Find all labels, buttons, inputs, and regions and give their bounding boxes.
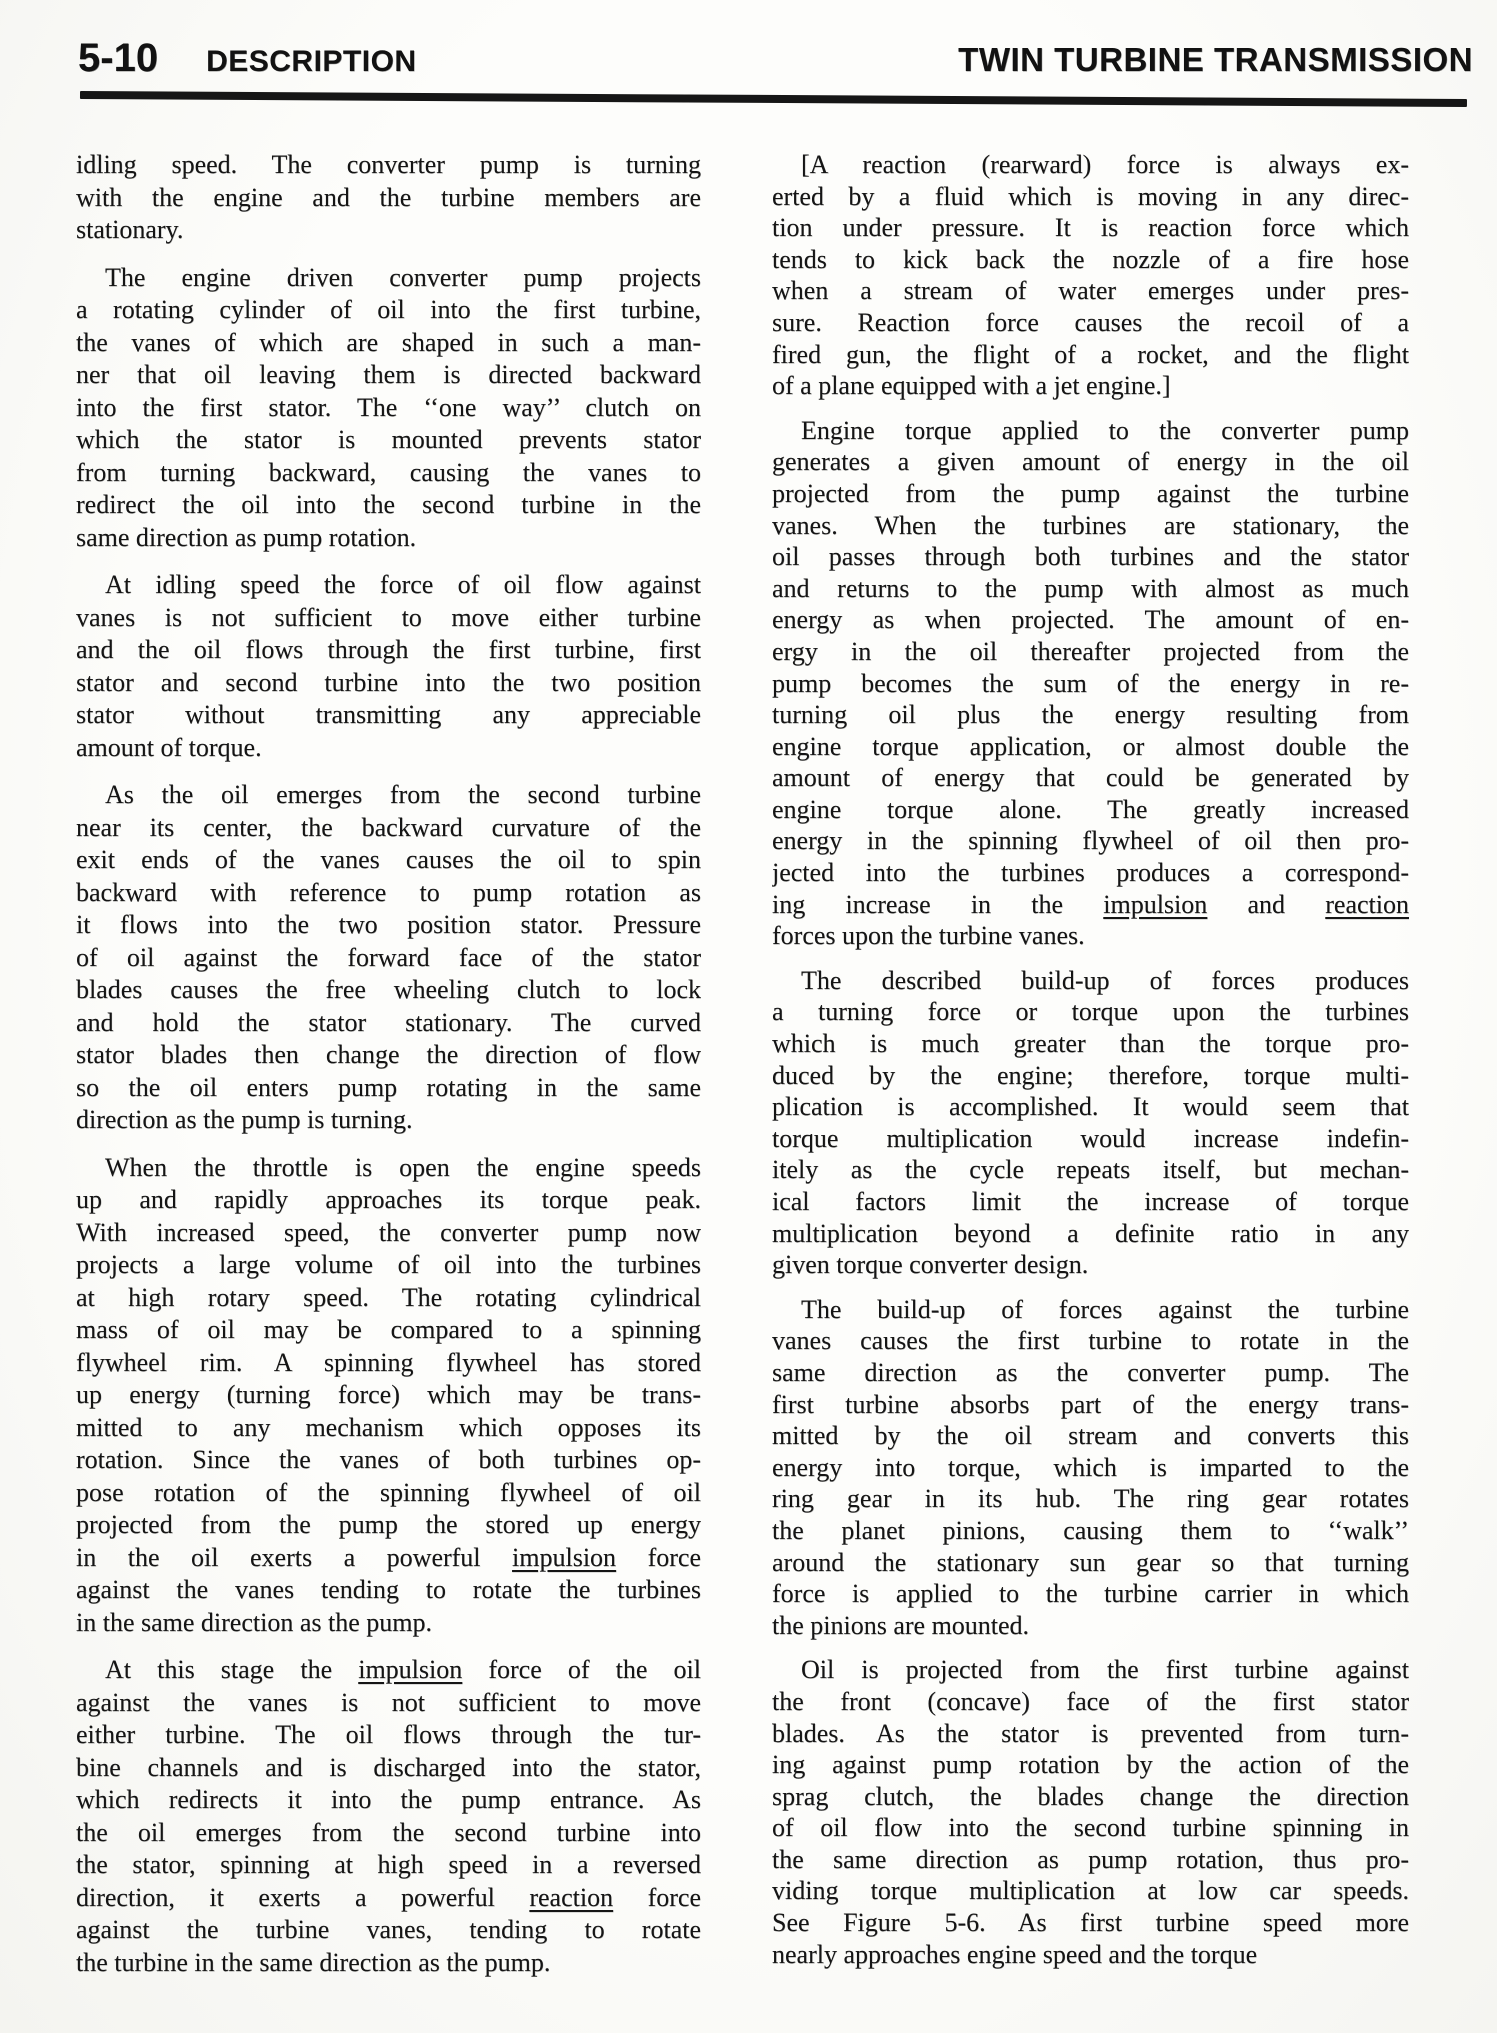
text-line: vanes. When the turbines are stationary,… [772, 510, 1409, 542]
text-line: stationary. [76, 214, 701, 247]
text-line: blades. As the stator is prevented from … [772, 1718, 1409, 1750]
text-line: forces upon the turbine vanes. [772, 920, 1409, 952]
text-line: from turning backward, causing the vanes… [76, 457, 701, 490]
text-line: See Figure 5-6. As first turbine speed m… [772, 1907, 1409, 1939]
text-line: direction, it exerts a powerful reaction… [76, 1882, 701, 1915]
text-line: either turbine. The oil flows through th… [76, 1719, 701, 1752]
text-line: of a plane equipped with a jet engine.] [772, 370, 1409, 402]
text-line: stator blades then change the direction … [76, 1039, 701, 1072]
underlined-term: impulsion [512, 1543, 616, 1572]
text-line: tends to kick back the nozzle of a fire … [772, 244, 1409, 276]
text-line: At this stage the impulsion force of the… [76, 1654, 701, 1687]
text-line: As the oil emerges from the second turbi… [76, 779, 701, 812]
paragraph: At idling speed the force of oil flow ag… [76, 569, 701, 764]
left-column: idling speed. The converter pump is turn… [76, 149, 701, 1979]
header-divider [80, 91, 1467, 107]
text-line: erted by a fluid which is moving in any … [772, 181, 1409, 213]
paragraph: When the throttle is open the engine spe… [76, 1152, 701, 1640]
text-line: projects a large volume of oil into the … [76, 1249, 701, 1282]
text-line: oil passes through both turbines and the… [772, 541, 1409, 573]
paragraph: As the oil emerges from the second turbi… [76, 779, 701, 1137]
text-line: mitted to any mechanism which opposes it… [76, 1412, 701, 1445]
text-line: ical factors limit the increase of torqu… [772, 1186, 1409, 1218]
text-line: duced by the engine; therefore, torque m… [772, 1060, 1409, 1092]
page-header: 5-10 DESCRIPTION TWIN TURBINE TRANSMISSI… [0, 0, 1497, 81]
text-line: The build-up of forces against the turbi… [772, 1294, 1409, 1326]
text-line: turning oil plus the energy resulting fr… [772, 699, 1409, 731]
text-line: engine torque alone. The greatly increas… [772, 794, 1409, 826]
text-line: the vanes of which are shaped in such a … [76, 327, 701, 360]
text-line: which the stator is mounted prevents sta… [76, 424, 701, 457]
text-line: itely as the cycle repeats itself, but m… [772, 1154, 1409, 1186]
right-column: [A reaction (rearward) force is always e… [772, 149, 1409, 1979]
paragraph: The described build-up of forces produce… [772, 965, 1409, 1281]
text-line: energy in the spinning flywheel of oil t… [772, 825, 1409, 857]
text-line: Engine torque applied to the converter p… [772, 415, 1409, 447]
text-line: energy as when projected. The amount of … [772, 604, 1409, 636]
text-line: it flows into the two position stator. P… [76, 909, 701, 942]
text-line: rotation. Since the vanes of both turbin… [76, 1444, 701, 1477]
underlined-term: reaction [529, 1883, 613, 1912]
page-number: 5-10 [78, 36, 158, 81]
chapter-title: TWIN TURBINE TRANSMISSION [958, 41, 1473, 79]
text-line: the same direction as pump rotation, thu… [772, 1844, 1409, 1876]
text-line: the turbine in the same direction as the… [76, 1947, 701, 1980]
text-line: ing against pump rotation by the action … [772, 1749, 1409, 1781]
text-line: same direction as pump rotation. [76, 522, 701, 555]
text-line: a turning force or torque upon the turbi… [772, 996, 1409, 1028]
text-line: pose rotation of the spinning flywheel o… [76, 1477, 701, 1510]
text-line: viding torque multiplication at low car … [772, 1875, 1409, 1907]
text-line: idling speed. The converter pump is turn… [76, 149, 701, 182]
text-line: in the oil exerts a powerful impulsion f… [76, 1542, 701, 1575]
text-line: ergy in the oil thereafter projected fro… [772, 636, 1409, 668]
text-line: of oil against the forward face of the s… [76, 942, 701, 975]
text-line: projected from the pump against the turb… [772, 478, 1409, 510]
text-line: projected from the pump the stored up en… [76, 1509, 701, 1542]
underlined-term: impulsion [358, 1655, 462, 1684]
text-line: up and rapidly approaches its torque pea… [76, 1184, 701, 1217]
text-line: amount of energy that could be generated… [772, 762, 1409, 794]
paragraph: The build-up of forces against the turbi… [772, 1294, 1409, 1642]
text-line: backward with reference to pump rotation… [76, 877, 701, 910]
text-line: torque multiplication would increase ind… [772, 1123, 1409, 1155]
text-line: the front (concave) face of the first st… [772, 1686, 1409, 1718]
text-line: With increased speed, the converter pump… [76, 1217, 701, 1250]
text-line: engine torque application, or almost dou… [772, 731, 1409, 763]
text-line: sprag clutch, the blades change the dire… [772, 1781, 1409, 1813]
text-line: jected into the turbines produces a corr… [772, 857, 1409, 889]
paragraph: The engine driven converter pump project… [76, 262, 701, 555]
text-line: Oil is projected from the first turbine … [772, 1654, 1409, 1686]
text-line: The engine driven converter pump project… [76, 262, 701, 295]
text-line: around the stationary sun gear so that t… [772, 1547, 1409, 1579]
text-line: sure. Reaction force causes the recoil o… [772, 307, 1409, 339]
text-line: with the engine and the turbine members … [76, 182, 701, 215]
text-columns: idling speed. The converter pump is turn… [76, 149, 1497, 1979]
text-line: fired gun, the flight of a rocket, and t… [772, 339, 1409, 371]
text-line: the oil emerges from the second turbine … [76, 1817, 701, 1850]
text-line: bine channels and is discharged into the… [76, 1752, 701, 1785]
text-line: against the turbine vanes, tending to ro… [76, 1914, 701, 1947]
text-line: in the same direction as the pump. [76, 1607, 701, 1640]
text-line: ring gear in its hub. The ring gear rota… [772, 1483, 1409, 1515]
text-line: which redirects it into the pump entranc… [76, 1784, 701, 1817]
text-line: amount of torque. [76, 732, 701, 765]
text-line: energy into torque, which is imparted to… [772, 1452, 1409, 1484]
underlined-term: impulsion [1103, 890, 1207, 919]
text-line: given torque converter design. [772, 1249, 1409, 1281]
text-line: mass of oil may be compared to a spinnin… [76, 1314, 701, 1347]
paragraph: Oil is projected from the first turbine … [772, 1654, 1409, 1970]
text-line: generates a given amount of energy in th… [772, 446, 1409, 478]
text-line: the planet pinions, causing them to ‘‘wa… [772, 1515, 1409, 1547]
text-line: when a stream of water emerges under pre… [772, 275, 1409, 307]
text-line: mitted by the oil stream and converts th… [772, 1420, 1409, 1452]
text-line: and returns to the pump with almost as m… [772, 573, 1409, 605]
text-line: vanes is not sufficient to move either t… [76, 602, 701, 635]
text-line: which is much greater than the torque pr… [772, 1028, 1409, 1060]
text-line: multiplication beyond a definite ratio i… [772, 1218, 1409, 1250]
text-line: and the oil flows through the first turb… [76, 634, 701, 667]
text-line: ing increase in the impulsion and reacti… [772, 889, 1409, 921]
text-line: a rotating cylinder of oil into the firs… [76, 294, 701, 327]
text-line: At idling speed the force of oil flow ag… [76, 569, 701, 602]
paragraph: Engine torque applied to the converter p… [772, 415, 1409, 952]
text-line: at high rotary speed. The rotating cylin… [76, 1282, 701, 1315]
header-left-group: 5-10 DESCRIPTION [78, 36, 417, 81]
text-line: up energy (turning force) which may be t… [76, 1379, 701, 1412]
text-line: ner that oil leaving them is directed ba… [76, 359, 701, 392]
text-line: the pinions are mounted. [772, 1610, 1409, 1642]
paragraph: [A reaction (rearward) force is always e… [772, 149, 1409, 402]
section-title: DESCRIPTION [206, 45, 417, 79]
text-line: nearly approaches engine speed and the t… [772, 1939, 1409, 1971]
text-line: stator and second turbine into the two p… [76, 667, 701, 700]
text-line: of oil flow into the second turbine spin… [772, 1812, 1409, 1844]
text-line: direction as the pump is turning. [76, 1104, 701, 1137]
text-line: near its center, the backward curvature … [76, 812, 701, 845]
text-line: the stator, spinning at high speed in a … [76, 1849, 701, 1882]
text-line: vanes causes the first turbine to rotate… [772, 1325, 1409, 1357]
text-line: tion under pressure. It is reaction forc… [772, 212, 1409, 244]
text-line: pump becomes the sum of the energy in re… [772, 668, 1409, 700]
text-line: and hold the stator stationary. The curv… [76, 1007, 701, 1040]
text-line: The described build-up of forces produce… [772, 965, 1409, 997]
text-line: first turbine absorbs part of the energy… [772, 1389, 1409, 1421]
paragraph: idling speed. The converter pump is turn… [76, 149, 701, 247]
paragraph: At this stage the impulsion force of the… [76, 1654, 701, 1979]
text-line: against the vanes tending to rotate the … [76, 1574, 701, 1607]
text-line: redirect the oil into the second turbine… [76, 489, 701, 522]
text-line: so the oil enters pump rotating in the s… [76, 1072, 701, 1105]
text-line: flywheel rim. A spinning flywheel has st… [76, 1347, 701, 1380]
text-line: blades causes the free wheeling clutch t… [76, 974, 701, 1007]
text-line: into the first stator. The ‘‘one way’’ c… [76, 392, 701, 425]
text-line: against the vanes is not sufficient to m… [76, 1687, 701, 1720]
text-line: plication is accomplished. It would seem… [772, 1091, 1409, 1123]
underlined-term: reaction [1325, 890, 1409, 919]
text-line: force is applied to the turbine carrier … [772, 1578, 1409, 1610]
page: 5-10 DESCRIPTION TWIN TURBINE TRANSMISSI… [0, 0, 1497, 2033]
text-line: exit ends of the vanes causes the oil to… [76, 844, 701, 877]
text-line: stator without transmitting any apprecia… [76, 699, 701, 732]
text-line: When the throttle is open the engine spe… [76, 1152, 701, 1185]
text-line: same direction as the converter pump. Th… [772, 1357, 1409, 1389]
text-line: [A reaction (rearward) force is always e… [772, 149, 1409, 181]
